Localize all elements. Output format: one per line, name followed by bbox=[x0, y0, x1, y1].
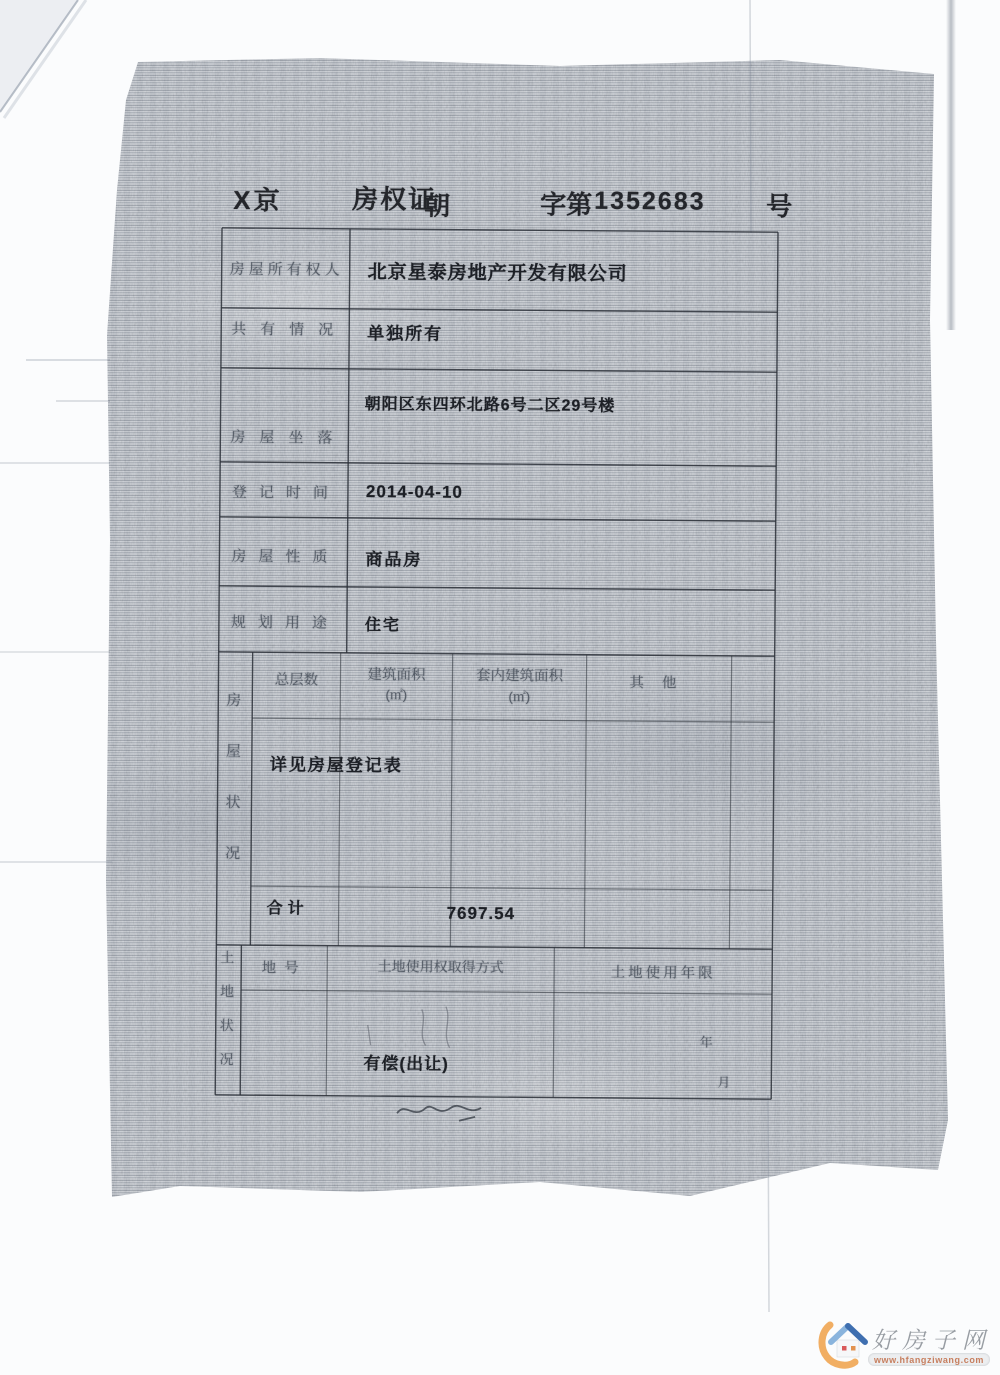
total-area-value: 7697.54 bbox=[447, 904, 516, 925]
acquisition-method-value: 有偿(出让) bbox=[363, 1049, 449, 1075]
house-section-side-label: 房屋状况 bbox=[221, 692, 244, 896]
field-value-location: 朝阳区东四环北路6号二区29号楼 bbox=[365, 391, 616, 416]
col-header-inner-area-unit: (㎡) bbox=[452, 686, 586, 706]
col-header-inner-area: 套内建筑面积 bbox=[452, 664, 586, 686]
field-label-co-ownership: 共有情况 bbox=[231, 318, 347, 340]
watermark-site-name: 好房子网 bbox=[872, 1322, 992, 1355]
field-label-owner: 房屋所有权人 bbox=[230, 258, 344, 280]
house-registry-note: 详见房屋登记表 bbox=[270, 750, 403, 776]
field-value-reg-date: 2014-04-10 bbox=[366, 482, 463, 503]
field-value-owner: 北京星泰房地产开发有限公司 bbox=[368, 257, 628, 286]
certificate-content: X京 房权证 朝 字第 1352683 号 bbox=[0, 0, 1000, 1375]
col-header-acquisition-method: 土地使用权取得方式 bbox=[327, 956, 554, 978]
field-label-house-nature: 房屋性质 bbox=[231, 545, 339, 567]
field-value-co-ownership: 单独所有 bbox=[367, 319, 443, 345]
year-character: 年 bbox=[700, 1032, 713, 1051]
col-header-total-floors: 总层数 bbox=[252, 668, 340, 690]
field-value-house-nature: 商品房 bbox=[365, 545, 422, 570]
field-label-planned-use: 规划用途 bbox=[231, 611, 339, 633]
cert-region-prefix: X京 bbox=[233, 180, 283, 217]
cert-number-suffix: 号 bbox=[766, 186, 792, 223]
field-label-location: 房屋坐落 bbox=[230, 426, 346, 448]
col-header-use-term: 土地使用年限 bbox=[554, 960, 772, 983]
house-logo-icon bbox=[818, 1316, 870, 1370]
cert-district-char: 朝 bbox=[424, 185, 450, 222]
cert-series-label: 字第 bbox=[540, 184, 592, 221]
col-header-other: 其他 bbox=[592, 671, 731, 693]
cert-serial-number: 1352683 bbox=[594, 187, 706, 217]
month-character: 月 bbox=[717, 1072, 730, 1091]
col-header-parcel-number: 地号 bbox=[241, 956, 327, 978]
land-section-side-label: 土地状况 bbox=[216, 950, 237, 1086]
total-label: 合计 bbox=[267, 895, 309, 918]
col-header-floor-area-unit: (㎡) bbox=[340, 684, 452, 704]
field-label-reg-date: 登记时间 bbox=[232, 481, 340, 503]
col-header-floor-area: 建筑面积 bbox=[340, 663, 452, 685]
watermark-url-bar: www.hfangziwang.com bbox=[868, 1353, 990, 1366]
field-value-planned-use: 住宅 bbox=[365, 612, 401, 635]
site-watermark: 好房子网 www.hfangziwang.com bbox=[818, 1316, 996, 1372]
scanned-certificate-screenshot: { "doc": { "header": { "prefix": "X京", "… bbox=[0, 0, 1000, 1375]
watermark-site-url: www.hfangziwang.com bbox=[874, 1355, 984, 1365]
